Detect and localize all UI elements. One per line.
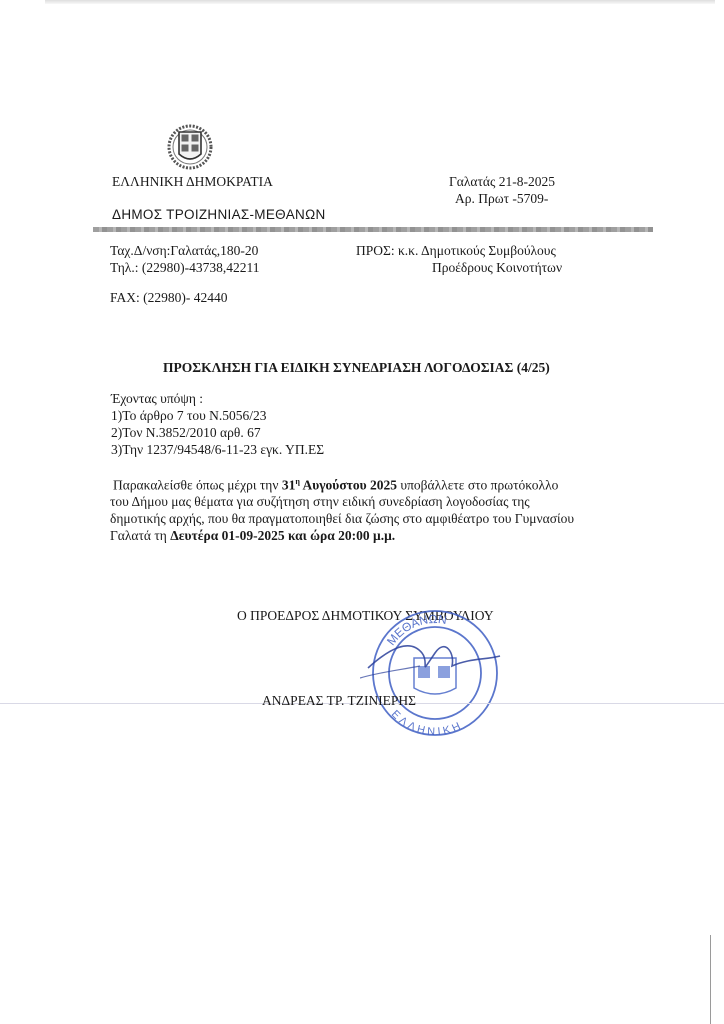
deadline-month-year: Αυγούστου 2025 — [300, 478, 397, 493]
body-line-4: Γαλατά τη Δευτέρα 01-09-2025 και ώρα 20:… — [110, 528, 395, 544]
recipients-line-1: ΠΡΟΣ: κ.κ. Δημοτικούς Συμβούλους — [356, 243, 556, 259]
considering-item-2: 2)Τον Ν.3852/2010 αρθ. 67 — [111, 425, 261, 441]
country-name: ΕΛΛΗΝΙΚΗ ΔΗΜΟΚΡΑΤΙΑ — [112, 174, 273, 190]
fax-number: FAX: (22980)- 42440 — [110, 290, 228, 306]
header-separator — [93, 227, 653, 232]
svg-text:ΜΕΘΑΝΩΝ: ΜΕΘΑΝΩΝ — [384, 612, 448, 648]
protocol-number: Αρ. Πρωτ -5709- — [455, 191, 548, 207]
scan-edge-right — [710, 935, 711, 1024]
municipality-name: ΔΗΜΟΣ ΤΡΟΙΖΗΝΙΑΣ-ΜΕΘΑΝΩΝ — [112, 207, 326, 222]
coat-of-arms-icon — [166, 122, 214, 170]
body-text: Παρακαλείσθε όπως μέχρι την — [113, 478, 282, 493]
postal-address: Ταχ.Δ/νση:Γαλατάς,180-20 — [110, 243, 258, 259]
body-text: υποβάλλετε στο πρωτόκολλο — [397, 478, 558, 493]
official-stamp-icon: ΜΕΘΑΝΩΝ ΕΛΛΗΝΙΚΗ — [360, 598, 510, 748]
recipients-line-2: Προέδρους Κοινοτήτων — [432, 260, 562, 276]
body-line-3: δημοτικής αρχής, που θα πραγματοποιηθεί … — [110, 511, 574, 527]
meeting-datetime: Δευτέρα 01-09-2025 και ώρα 20:00 μ.μ. — [170, 528, 395, 543]
considering-item-1: 1)Το άρθρο 7 του Ν.5056/23 — [111, 408, 267, 424]
considering-intro: Έχοντας υπόψη : — [111, 391, 203, 407]
phone-number: Τηλ.: (22980)-43738,42211 — [110, 260, 259, 276]
scan-edge-top — [45, 0, 715, 4]
document-title: ΠΡΟΣΚΛΗΣΗ ΓΙΑ ΕΙΔΙΚΗ ΣΥΝΕΔΡΙΑΣΗ ΛΟΓΟΔΟΣΙ… — [163, 360, 550, 376]
body-line-1: Παρακαλείσθε όπως μέχρι την 31η Αυγούστο… — [113, 477, 558, 494]
body-text: Γαλατά τη — [110, 528, 170, 543]
place-date: Γαλατάς 21-8-2025 — [449, 174, 555, 190]
body-line-2: του Δήμου μας θέματα για συζήτηση στην ε… — [110, 494, 530, 510]
deadline-day: 31 — [282, 478, 296, 493]
svg-text:ΕΛΛΗΝΙΚΗ: ΕΛΛΗΝΙΚΗ — [389, 708, 465, 738]
considering-item-3: 3)Την 1237/94548/6-11-23 εγκ. ΥΠ.ΕΣ — [111, 442, 324, 458]
signatory-name: ΑΝΔΡΕΑΣ ΤΡ. ΤΖΙΝΙΕΡΗΣ — [262, 693, 416, 709]
